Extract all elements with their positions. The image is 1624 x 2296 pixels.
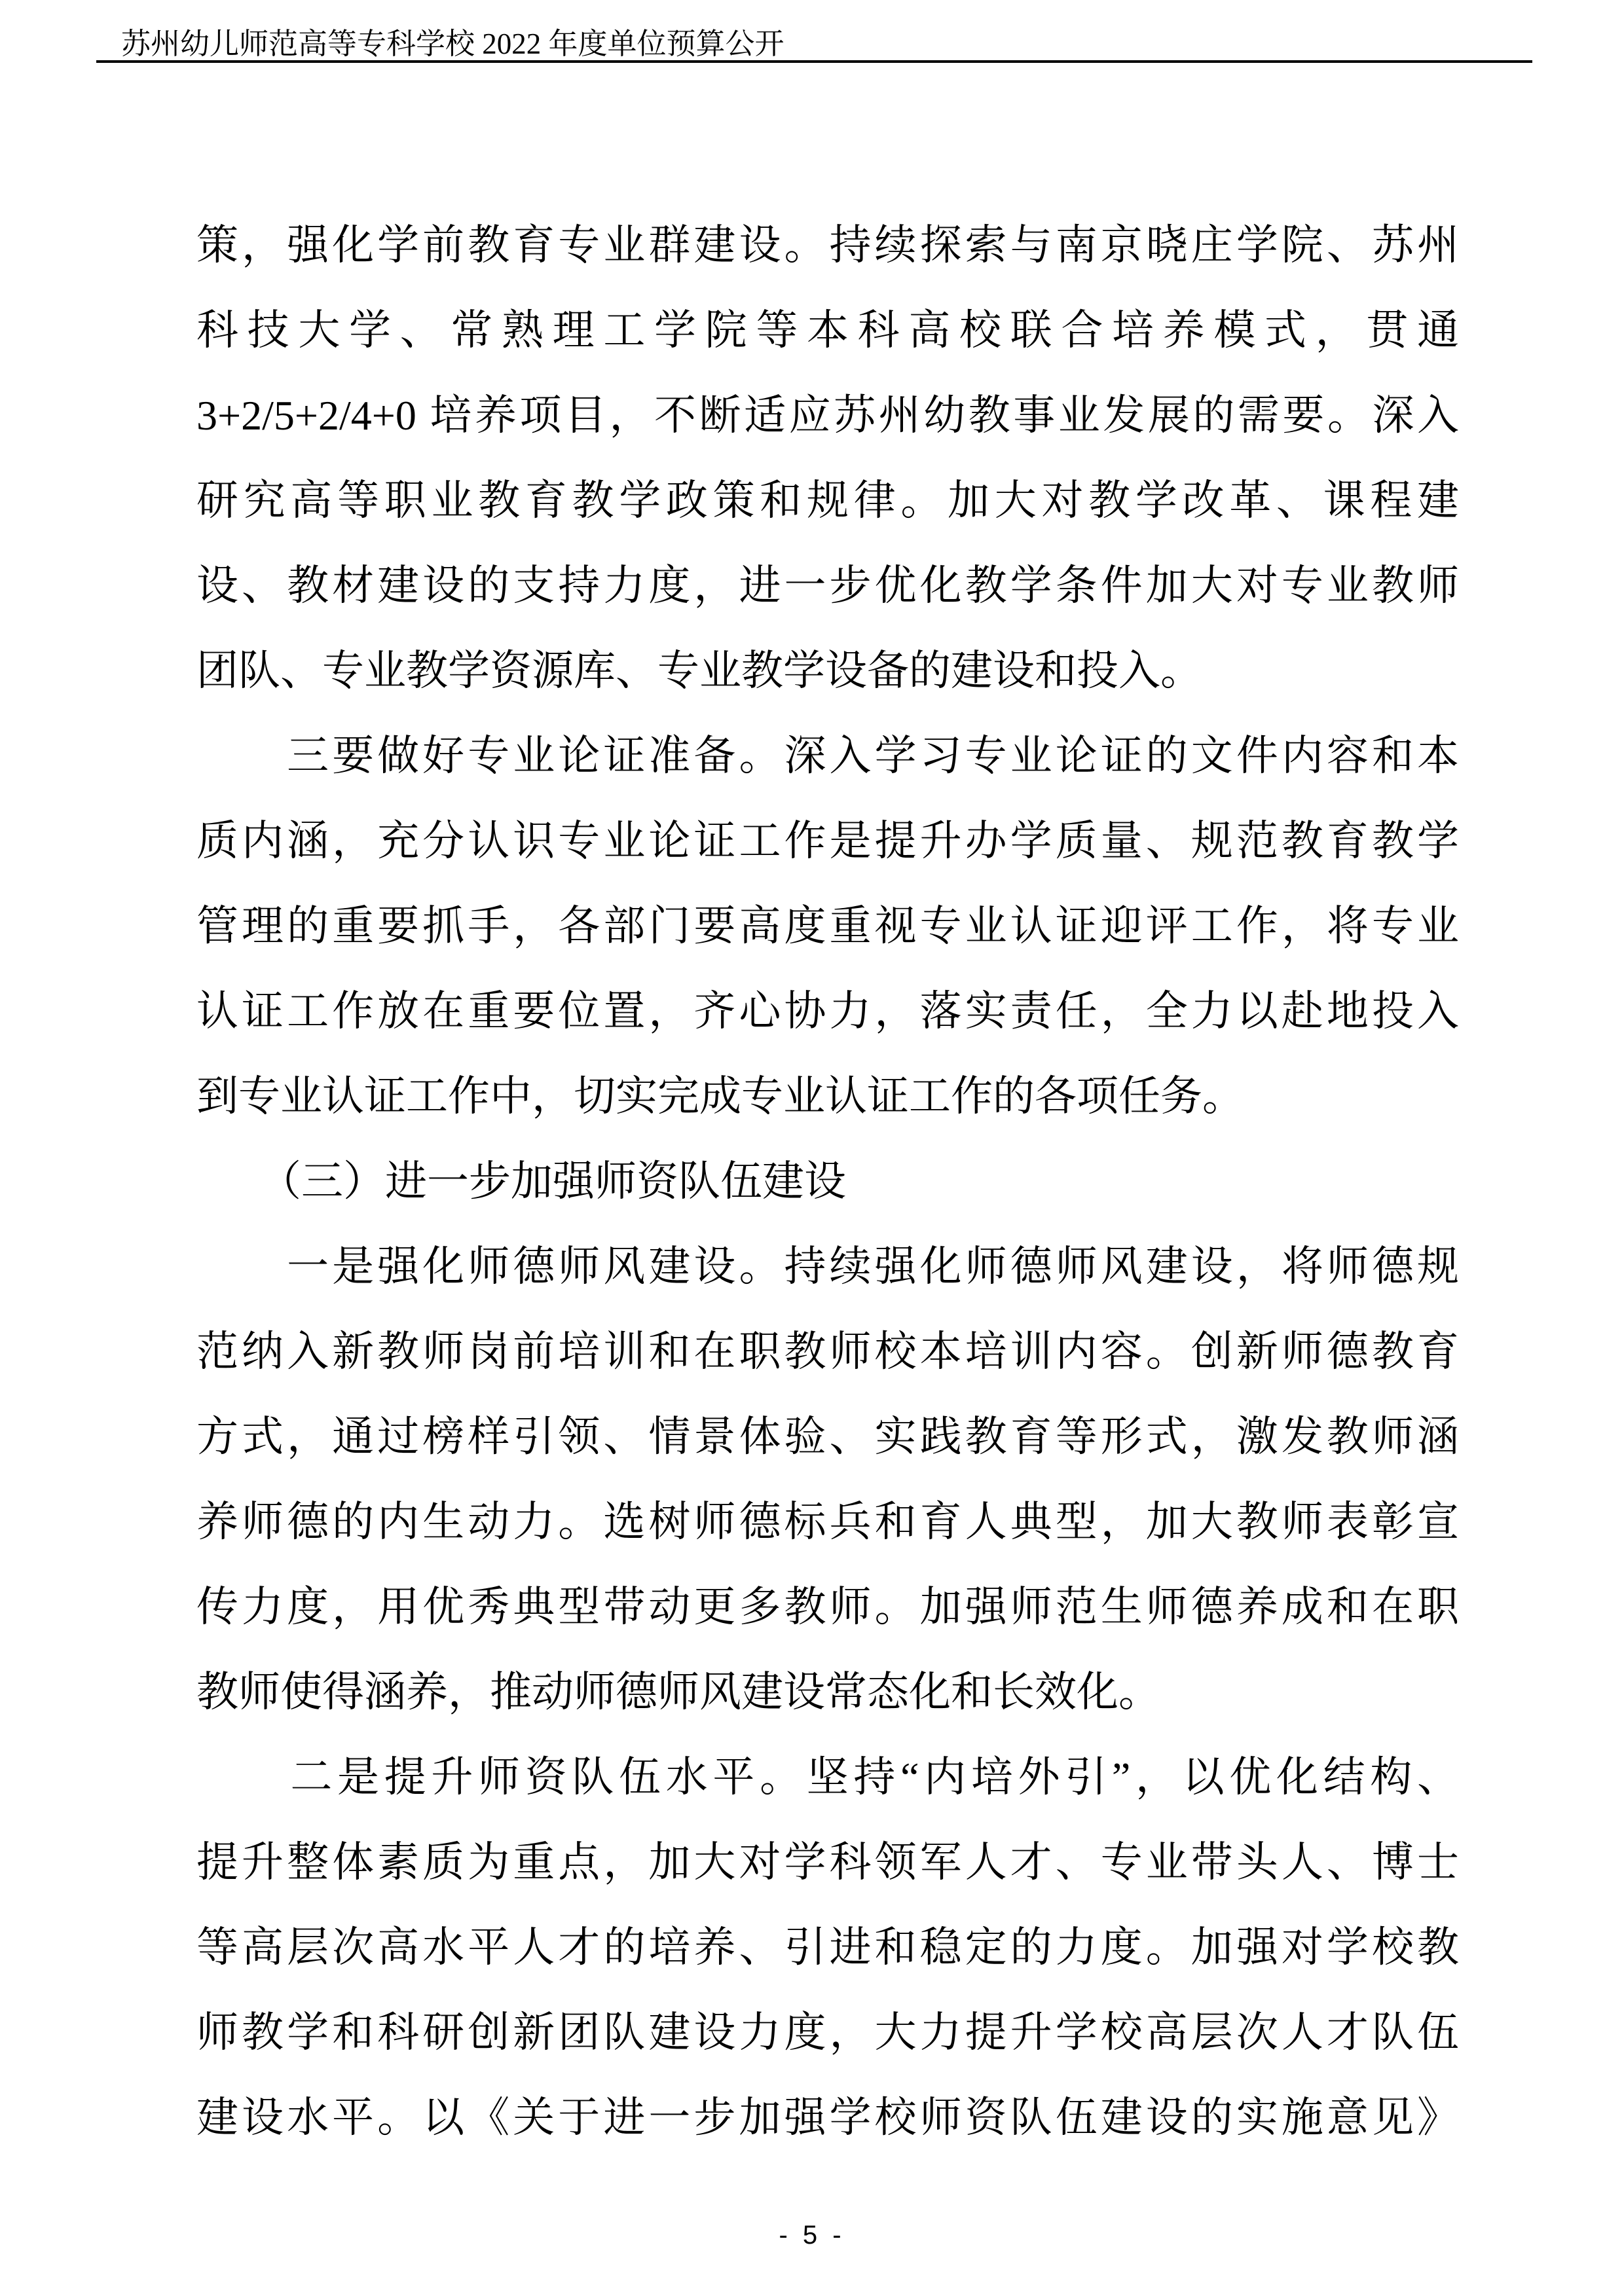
text-line: 团队、专业教学资源库、专业教学设备的建设和投入。 [196, 629, 1459, 714]
document-body: 策，强化学前教育专业群建设。持续探索与南京晓庄学院、苏州科技大学、常熟理工学院等… [196, 203, 1459, 2160]
header-title: 苏州幼儿师范高等专科学校 2022 年度单位预算公开 [121, 27, 784, 60]
text-line: 质内涵，充分认识专业论证工作是提升办学质量、规范教育教学 [196, 799, 1459, 884]
text-line: 研究高等职业教育教学政策和规律。加大对教学改革、课程建 [196, 458, 1459, 543]
text-line: 二是提升师资队伍水平。坚持“内培外引”，以优化结构、 [196, 1735, 1459, 1820]
text-line: 范纳入新教师岗前培训和在职教师校本培训内容。创新师德教育 [196, 1309, 1459, 1394]
text-line: 一是强化师德师风建设。持续强化师德师风建设，将师德规 [196, 1224, 1459, 1309]
text-line: 策，强化学前教育专业群建设。持续探索与南京晓庄学院、苏州 [196, 203, 1459, 288]
text-line: 三要做好专业论证准备。深入学习专业论证的文件内容和本 [196, 714, 1459, 799]
text-line: 教师使得涵养，推动师德师风建设常态化和长效化。 [196, 1650, 1459, 1735]
text-line: 建设水平。以《关于进一步加强学校师资队伍建设的实施意见》 [196, 2075, 1459, 2160]
text-line: 认证工作放在重要位置，齐心协力，落实责任，全力以赴地投入 [196, 969, 1459, 1054]
text-line: 科技大学、常熟理工学院等本科高校联合培养模式，贯通 [196, 288, 1459, 373]
text-line: 等高层次高水平人才的培养、引进和稳定的力度。加强对学校教 [196, 1905, 1459, 1990]
text-line: 传力度，用优秀典型带动更多教师。加强师范生师德养成和在职 [196, 1565, 1459, 1650]
text-line: 设、教材建设的支持力度，进一步优化教学条件加大对专业教师 [196, 543, 1459, 629]
header-rule [96, 60, 1532, 63]
text-line: 方式，通过榜样引领、情景体验、实践教育等形式，激发教师涵 [196, 1394, 1459, 1480]
text-line: 提升整体素质为重点，加大对学科领军人才、专业带头人、博士 [196, 1820, 1459, 1905]
text-line: 师教学和科研创新团队建设力度，大力提升学校高层次人才队伍 [196, 1990, 1459, 2075]
text-line: 到专业认证工作中，切实完成专业认证工作的各项任务。 [196, 1054, 1459, 1139]
heading-line: （三）进一步加强师资队伍建设 [196, 1139, 1459, 1224]
page-footer: - 5 - [0, 2221, 1624, 2250]
text-line: 养师德的内生动力。选树师德标兵和育人典型，加大教师表彰宣 [196, 1480, 1459, 1565]
page-number: - 5 - [779, 2221, 845, 2250]
document-page: 苏州幼儿师范高等专科学校 2022 年度单位预算公开 策，强化学前教育专业群建设… [0, 0, 1624, 2296]
text-line: 3+2/5+2/4+0 培养项目，不断适应苏州幼教事业发展的需要。深入 [196, 373, 1459, 458]
text-line: 管理的重要抓手，各部门要高度重视专业认证迎评工作，将专业 [196, 884, 1459, 969]
